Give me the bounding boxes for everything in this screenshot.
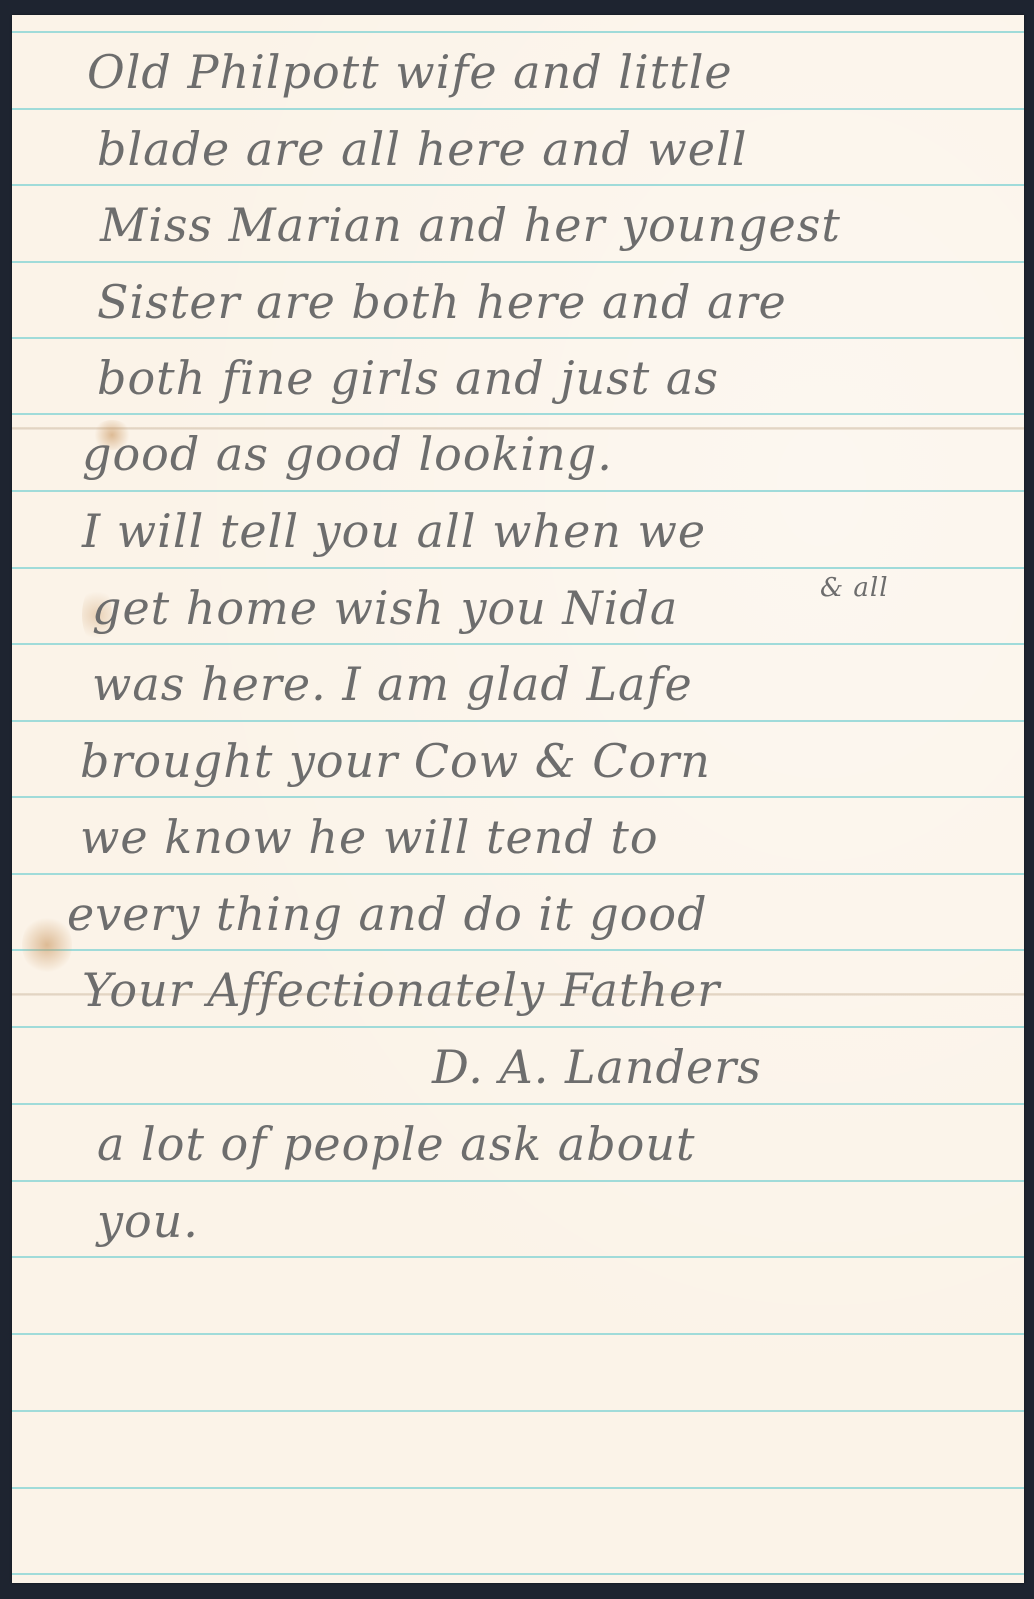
letter-line: we know he will tend to (80, 810, 659, 864)
ruled-line (12, 796, 1024, 798)
letter-page: Old Philpott wife and little blade are a… (12, 15, 1024, 1583)
letter-line: blade are all here and well (97, 122, 747, 176)
ruled-line (12, 1026, 1024, 1028)
letter-line: both fine girls and just as (97, 351, 719, 405)
postscript-line: a lot of people ask about (97, 1117, 695, 1171)
ruled-line (12, 490, 1024, 492)
stain (22, 915, 72, 975)
letter-line: Miss Marian and her youngest (100, 198, 841, 252)
insertion-text: & all (820, 573, 889, 603)
ruled-line (12, 261, 1024, 263)
ruled-line (12, 1180, 1024, 1182)
letter-line: was here. I am glad Lafe (92, 657, 693, 711)
postscript-line: you. (97, 1194, 199, 1248)
ruled-line (12, 1487, 1024, 1489)
letter-line: Old Philpott wife and little (87, 45, 733, 99)
ruled-line (12, 337, 1024, 339)
signature: D. A. Landers (432, 1040, 762, 1094)
ruled-line (12, 720, 1024, 722)
ruled-line (12, 949, 1024, 951)
ruled-line (12, 413, 1024, 415)
ruled-line (12, 184, 1024, 186)
ruled-line (12, 31, 1024, 33)
ruled-line (12, 567, 1024, 569)
ruled-line (12, 108, 1024, 110)
ruled-line (12, 1103, 1024, 1105)
letter-line: good as good looking. (82, 427, 613, 481)
letter-line: every thing and do it good (67, 887, 708, 941)
ruled-line (12, 1410, 1024, 1412)
letter-line: get home wish you Nida (92, 581, 678, 635)
ruled-line (12, 1573, 1024, 1575)
letter-line: I will tell you all when we (82, 504, 706, 558)
letter-line: Sister are both here and are (97, 275, 787, 329)
closing-line: Your Affectionately Father (82, 963, 720, 1017)
ruled-line (12, 1333, 1024, 1335)
ruled-line (12, 643, 1024, 645)
ruled-line (12, 873, 1024, 875)
ruled-line (12, 1256, 1024, 1258)
letter-line: brought your Cow & Corn (80, 734, 711, 788)
